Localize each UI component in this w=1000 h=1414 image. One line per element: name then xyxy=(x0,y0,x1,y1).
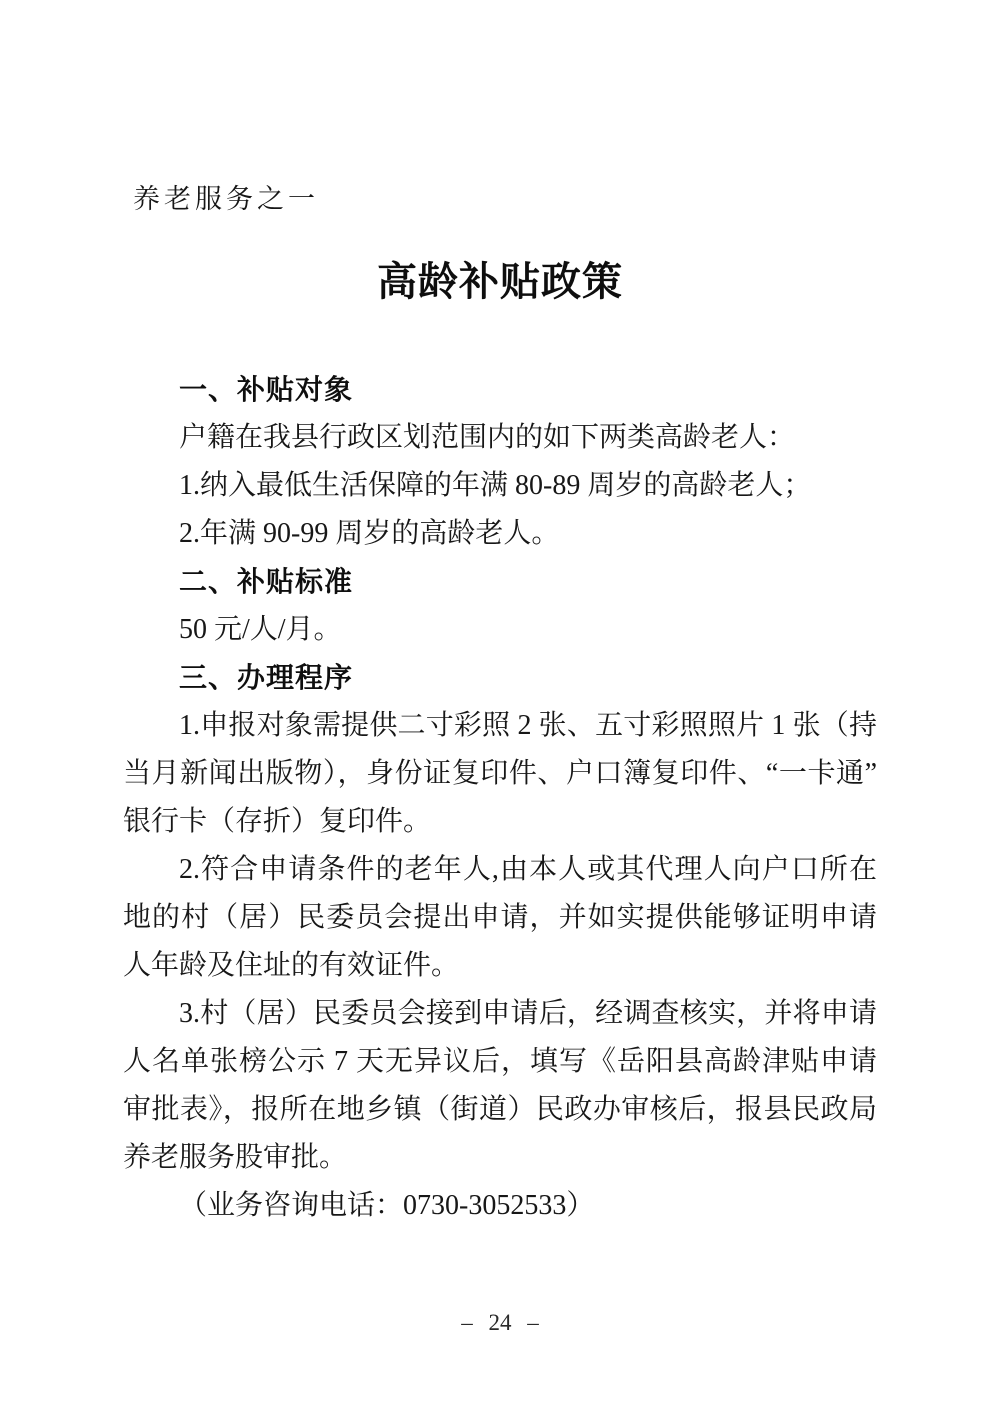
document-title: 高龄补贴政策 xyxy=(123,259,877,305)
body-paragraph: 户籍在我县行政区划范围内的如下两类高龄老人： xyxy=(123,414,877,462)
section-subsidy-recipients: 一、补贴对象 户籍在我县行政区划范围内的如下两类高龄老人： 1.纳入最低生活保障… xyxy=(123,366,877,558)
body-paragraph: 3.村（居）民委员会接到申请后，经调查核实，并将申请人名单张榜公示 7 天无异议… xyxy=(123,990,877,1182)
section-heading: 一、补贴对象 xyxy=(123,366,877,414)
page-number: – 24 – xyxy=(0,1310,1000,1336)
section-heading: 二、补贴标准 xyxy=(123,558,877,606)
section-subsidy-standard: 二、补贴标准 50 元/人/月。 xyxy=(123,558,877,654)
body-paragraph: 1.纳入最低生活保障的年满 80-89 周岁的高龄老人； xyxy=(123,462,877,510)
document-content: 养老服务之一 高龄补贴政策 一、补贴对象 户籍在我县行政区划范围内的如下两类高龄… xyxy=(0,0,1000,1230)
body-paragraph: 50 元/人/月。 xyxy=(123,606,877,654)
section-application-procedure: 三、办理程序 1.申报对象需提供二寸彩照 2 张、五寸彩照照片 1 张（持当月新… xyxy=(123,654,877,1182)
document-page: 养老服务之一 高龄补贴政策 一、补贴对象 户籍在我县行政区划范围内的如下两类高龄… xyxy=(0,0,1000,1414)
section-heading: 三、办理程序 xyxy=(123,654,877,702)
contact-phone-note: （业务咨询电话：0730-3052533） xyxy=(123,1182,877,1230)
document-series-label: 养老服务之一 xyxy=(133,0,877,215)
body-paragraph: 1.申报对象需提供二寸彩照 2 张、五寸彩照照片 1 张（持当月新闻出版物），身… xyxy=(123,702,877,846)
body-paragraph: 2.年满 90-99 周岁的高龄老人。 xyxy=(123,510,877,558)
body-paragraph: 2.符合申请条件的老年人,由本人或其代理人向户口所在地的村（居）民委员会提出申请… xyxy=(123,846,877,990)
document-body: 一、补贴对象 户籍在我县行政区划范围内的如下两类高龄老人： 1.纳入最低生活保障… xyxy=(123,366,877,1230)
